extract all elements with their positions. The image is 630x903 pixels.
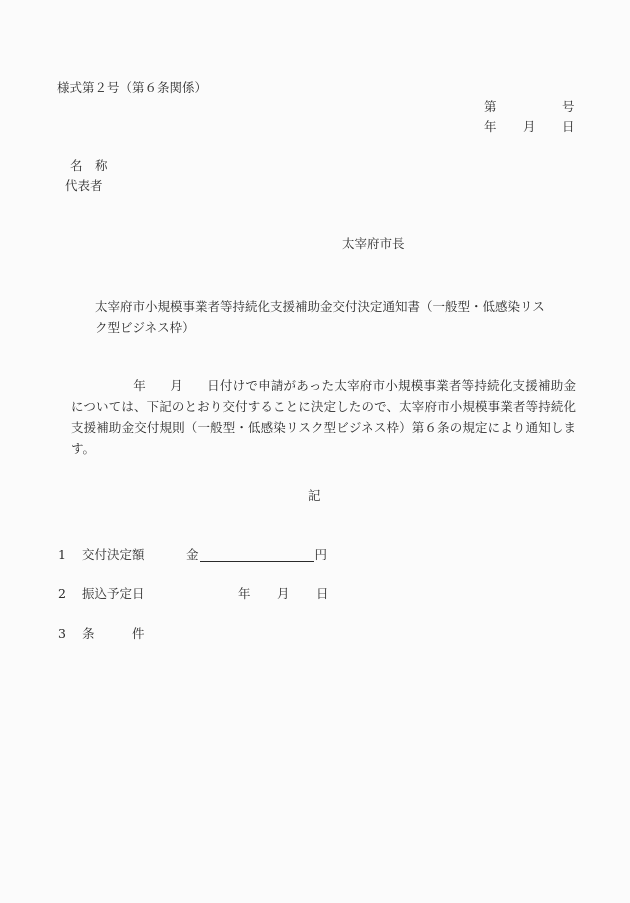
document-number-prefix: 第 bbox=[484, 101, 497, 114]
item-label: 条 件 bbox=[82, 628, 145, 641]
ki-heading: 記 bbox=[308, 490, 321, 503]
date-month: 月 bbox=[523, 121, 536, 134]
transfer-day: 日 bbox=[316, 588, 329, 601]
document-number-suffix: 号 bbox=[562, 101, 575, 114]
amount-prefix: 金 bbox=[186, 547, 199, 562]
recipient-representative-label: 代表者 bbox=[65, 180, 103, 193]
amount-blank-line bbox=[200, 549, 314, 562]
date-day: 日 bbox=[562, 121, 575, 134]
amount-field: 金円 bbox=[186, 549, 327, 562]
body-text: 日付けで申請があった太宰府市小規模事業者等持続化支援補助金については、下記のとお… bbox=[71, 378, 576, 456]
body-month: 月 bbox=[170, 378, 183, 393]
recipient-name-label: 名 称 bbox=[70, 160, 108, 173]
item-number: 2 bbox=[58, 588, 66, 601]
item-label: 振込予定日 bbox=[82, 588, 145, 601]
document-title: 太宰府市小規模事業者等持続化支援補助金交付決定通知書（一般型・低感染リスク型ビジ… bbox=[95, 296, 545, 338]
transfer-month: 月 bbox=[277, 588, 290, 601]
amount-suffix: 円 bbox=[315, 547, 328, 562]
transfer-year: 年 bbox=[238, 588, 251, 601]
item-number: 1 bbox=[58, 549, 66, 562]
date-year: 年 bbox=[484, 121, 497, 134]
sender: 太宰府市長 bbox=[342, 238, 405, 251]
item-label: 交付決定額 bbox=[82, 549, 145, 562]
form-label: 様式第２号（第６条関係） bbox=[57, 82, 207, 95]
body-paragraph: 年月日付けで申請があった太宰府市小規模事業者等持続化支援補助金については、下記の… bbox=[71, 375, 576, 459]
body-year: 年 bbox=[133, 378, 146, 393]
item-number: 3 bbox=[58, 628, 66, 641]
